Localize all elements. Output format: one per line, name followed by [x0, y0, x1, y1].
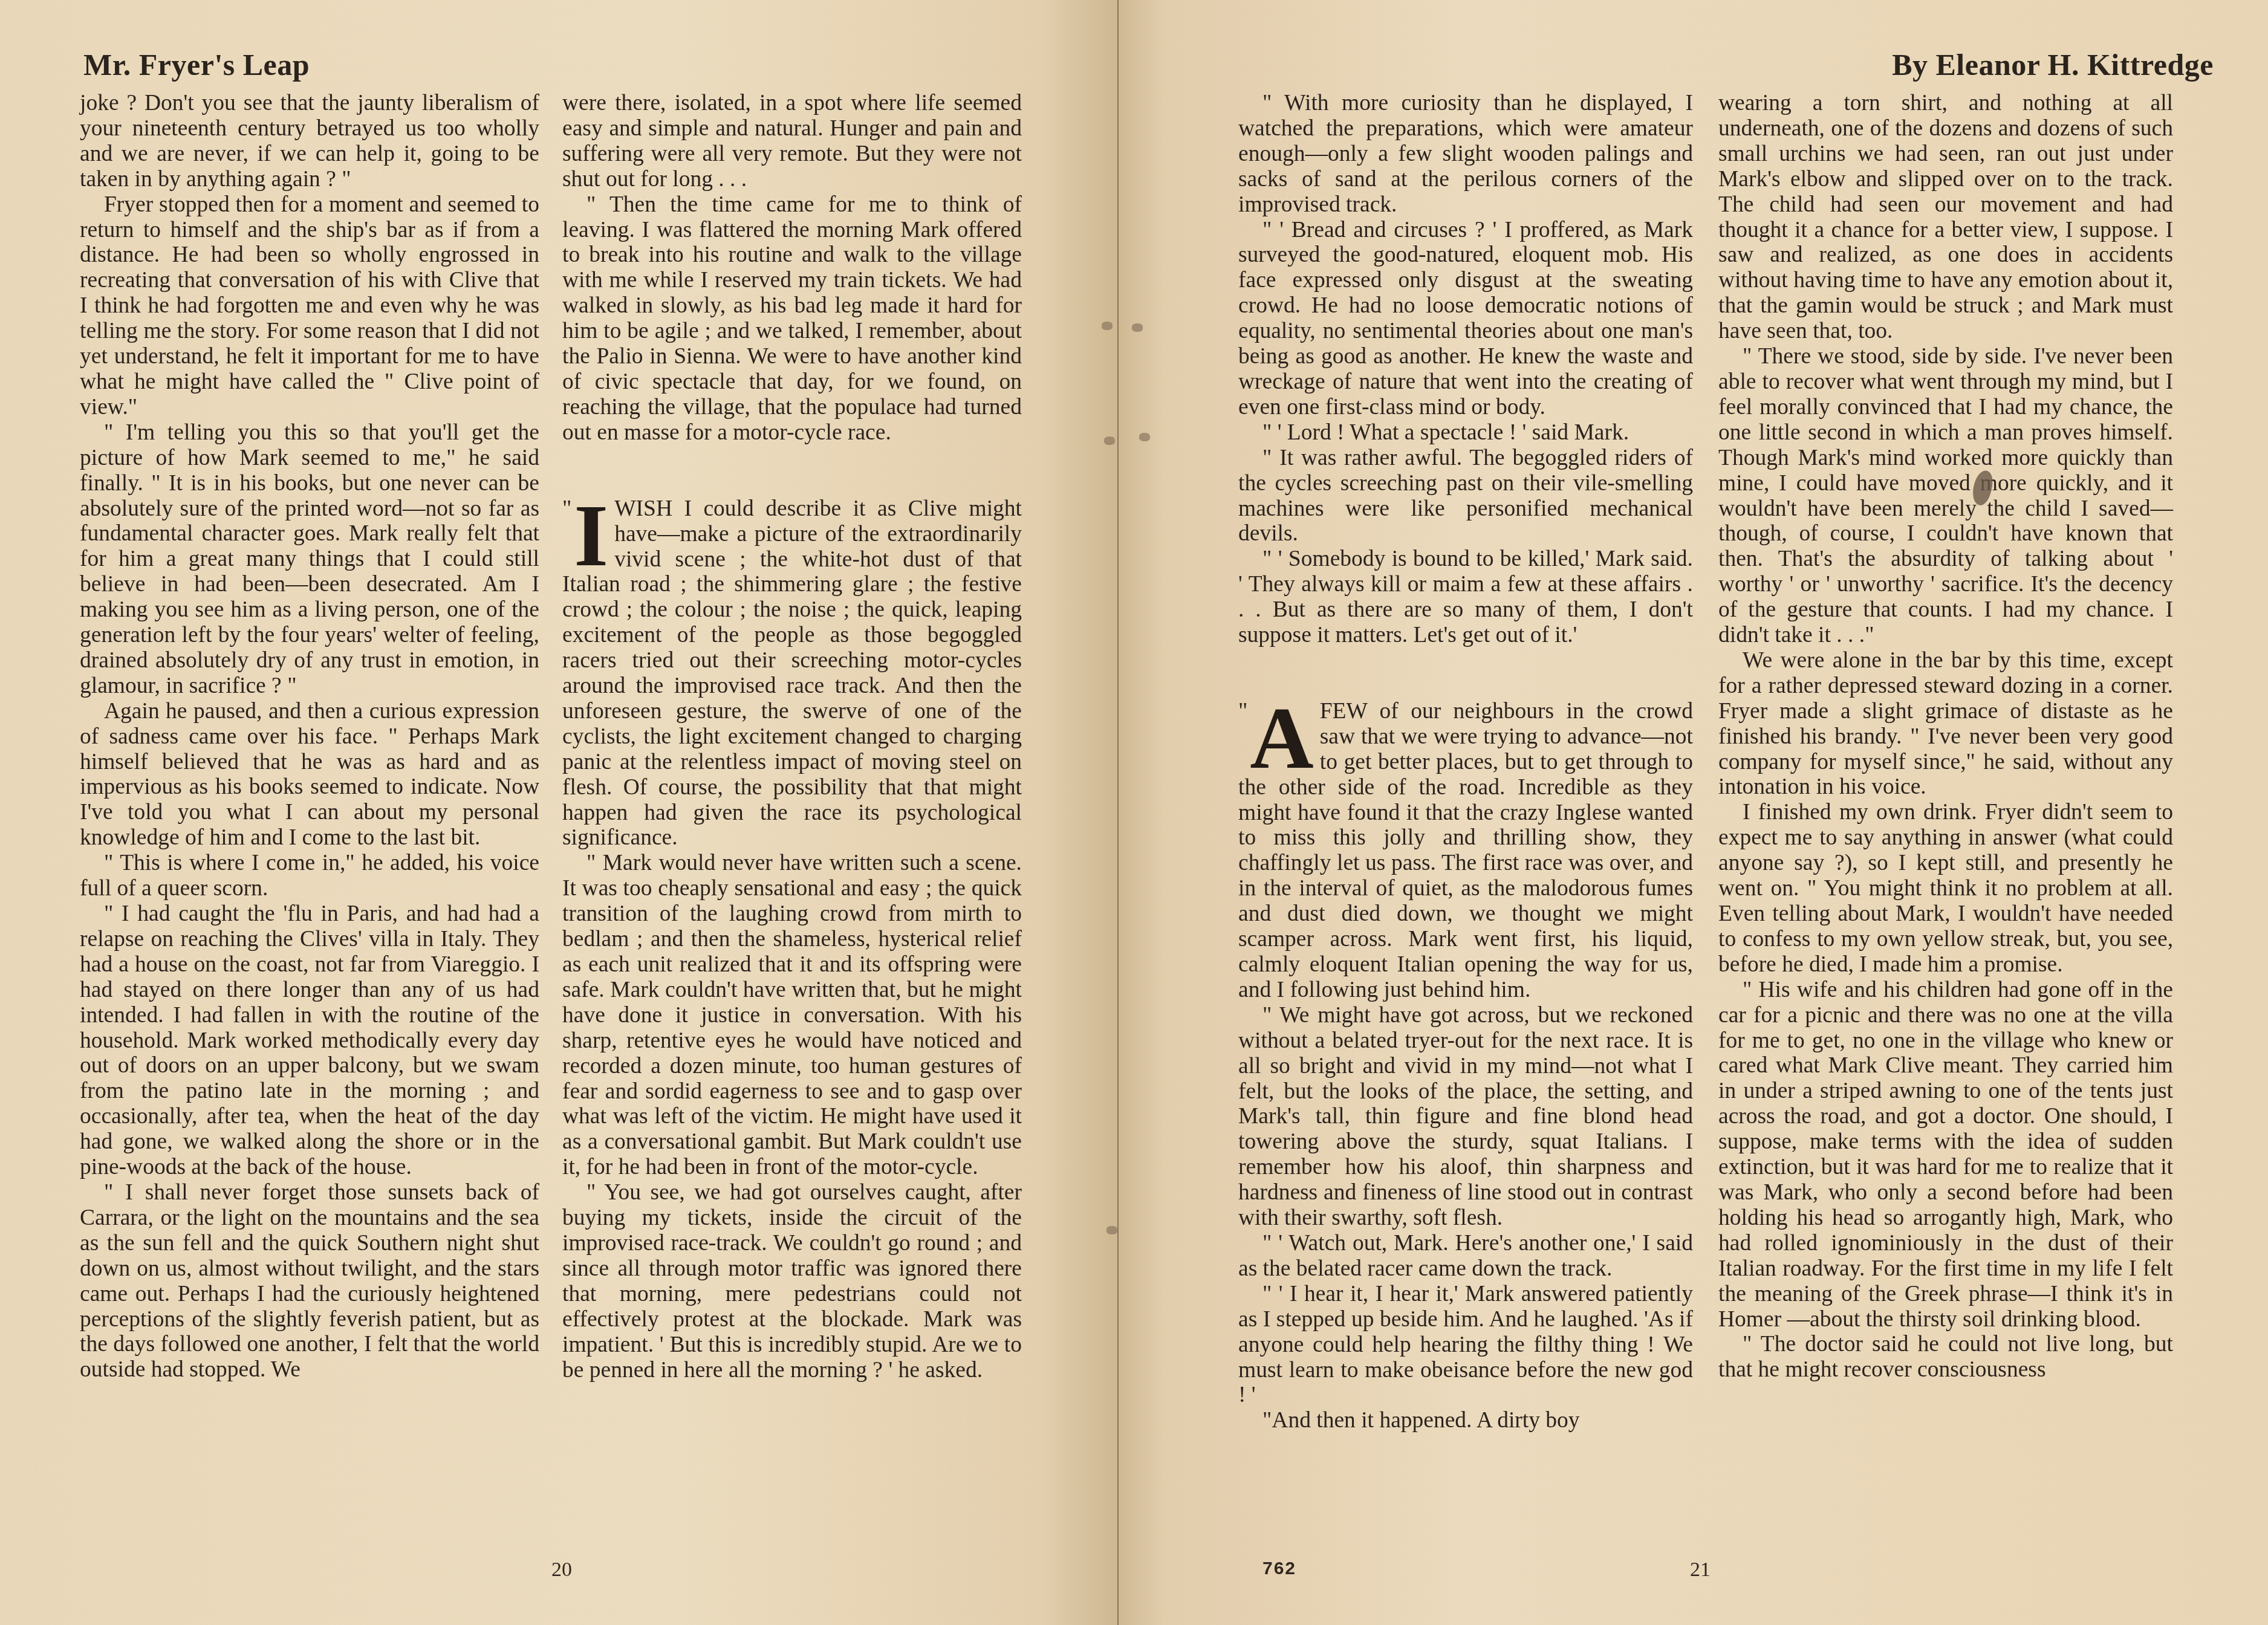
- open-quote: ": [562, 496, 571, 522]
- paragraph: " There we stood, side by side. I've nev…: [1718, 344, 2173, 648]
- left-page: Mr. Fryer's Leap joke ? Don't you see th…: [0, 0, 1119, 1625]
- column-4: wearing a torn shirt, and nothing at all…: [1718, 91, 2173, 1383]
- paragraph: " The doctor said he could not live long…: [1718, 1332, 2173, 1383]
- binding-hole: [1106, 1226, 1117, 1234]
- paragraph: " ' Somebody is bound to be killed,' Mar…: [1238, 547, 1693, 648]
- binding-hole: [1104, 436, 1115, 445]
- paragraph: " I shall never forget those sunsets bac…: [80, 1180, 539, 1383]
- column-1: joke ? Don't you see that the jaunty lib…: [80, 91, 539, 1383]
- paragraph: " This is where I come in," he added, hi…: [80, 851, 539, 901]
- author-byline: By Eleanor H. Kittredge: [1892, 47, 2214, 82]
- paragraph: " I'm telling you this so that you'll ge…: [80, 420, 539, 699]
- paragraph: Again he paused, and then a curious expr…: [80, 699, 539, 851]
- paragraph: "And then it happened. A dirty boy: [1238, 1408, 1693, 1433]
- magazine-spread: Mr. Fryer's Leap joke ? Don't you see th…: [0, 0, 2268, 1625]
- page-number-right: 21: [1690, 1559, 1711, 1581]
- column-3: " With more curiosity than he displayed,…: [1238, 91, 1693, 1433]
- binding-hole: [1139, 433, 1150, 441]
- paragraph: We were alone in the bar by this time, e…: [1718, 648, 2173, 800]
- binding-hole: [1132, 323, 1143, 332]
- section-opening-paragraph: "IWISH I could describe it as Clive migh…: [562, 496, 1022, 851]
- paragraph: I finished my own drink. Fryer didn't se…: [1718, 800, 2173, 977]
- story-title: Mr. Fryer's Leap: [83, 47, 310, 82]
- paragraph: " I had caught the 'flu in Paris, and ha…: [80, 901, 539, 1180]
- page-number-left: 20: [551, 1559, 572, 1581]
- drop-cap: I: [574, 500, 608, 571]
- binding-hole: [1102, 322, 1113, 330]
- page-number-center: 762: [1262, 1559, 1296, 1579]
- paragraph: " With more curiosity than he displayed,…: [1238, 91, 1693, 218]
- paragraph: " It was rather awful. The begoggled rid…: [1238, 446, 1693, 547]
- paragraph: " ' Watch out, Mark. Here's another one,…: [1238, 1231, 1693, 1282]
- paragraph: " We might have got across, but we recko…: [1238, 1003, 1693, 1231]
- paragraph: " ' I hear it, I hear it,' Mark answered…: [1238, 1282, 1693, 1409]
- paragraph: " Then the time came for me to think of …: [562, 192, 1022, 446]
- open-quote: ": [1238, 699, 1247, 724]
- paragraph: were there, isolated, in a spot where li…: [562, 91, 1022, 192]
- paragraph: wearing a torn shirt, and nothing at all…: [1718, 91, 2173, 344]
- paragraph-text: WISH I could describe it as Clive might …: [562, 496, 1022, 851]
- section-opening-paragraph: "AFEW of our neighbours in the crowd saw…: [1238, 699, 1693, 1003]
- paragraph: joke ? Don't you see that the jaunty lib…: [80, 91, 539, 192]
- drop-cap: A: [1250, 702, 1313, 774]
- paragraph: " Mark would never have written such a s…: [562, 851, 1022, 1180]
- column-2: were there, isolated, in a spot where li…: [562, 91, 1022, 1383]
- paragraph: Fryer stopped then for a moment and seem…: [80, 192, 539, 420]
- paragraph: " You see, we had got ourselves caught, …: [562, 1180, 1022, 1383]
- paragraph: " ' Bread and circuses ? ' I proffered, …: [1238, 218, 1693, 420]
- section-break: [562, 446, 1022, 496]
- paragraph: " ' Lord ! What a spectacle ! ' said Mar…: [1238, 420, 1693, 446]
- paragraph: " His wife and his children had gone off…: [1718, 978, 2173, 1332]
